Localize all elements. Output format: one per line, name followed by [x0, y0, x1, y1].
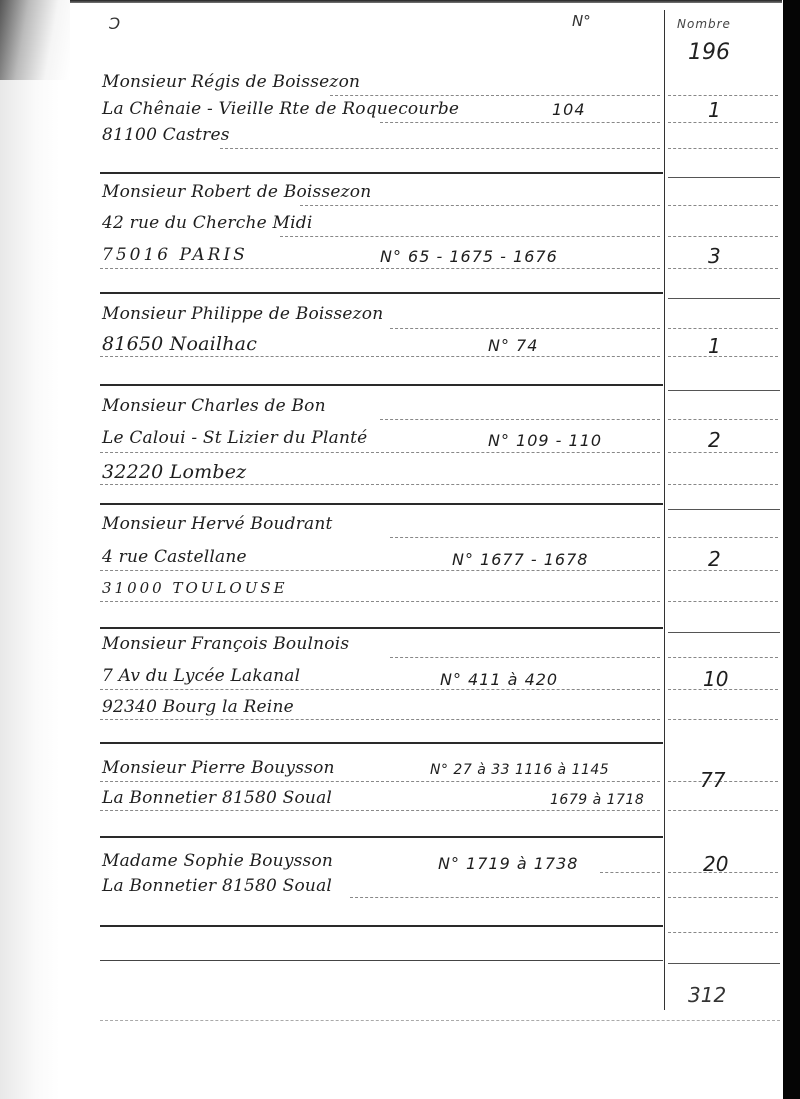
entry-city: 81650 Noailhac	[102, 333, 257, 355]
entry-name: Monsieur Charles de Bon	[102, 396, 326, 416]
entry-city: 32220 Lombez	[102, 461, 246, 483]
page-total-count: 312	[688, 983, 726, 1007]
entry-name: Monsieur Philippe de Boissezon	[102, 304, 383, 324]
entry-name: Monsieur Pierre Bouysson	[102, 758, 335, 778]
entry-separator-right	[668, 390, 780, 391]
entry-name: Monsieur Hervé Boudrant	[102, 514, 333, 534]
entry-separator	[100, 292, 663, 294]
entry-separator-right	[668, 298, 780, 299]
entry-separator	[100, 925, 663, 927]
entry-name: Monsieur François Boulnois	[102, 634, 349, 654]
entry-separator	[100, 742, 663, 744]
entry-name: Monsieur Robert de Boissezon	[102, 182, 371, 202]
entry-separator	[100, 960, 663, 961]
scan-border-right	[783, 0, 800, 1099]
entry-name: Madame Sophie Bouysson	[102, 851, 333, 871]
entry-count: 1	[708, 334, 721, 358]
scan-shadow-top	[70, 0, 782, 3]
entry-separator-right	[668, 177, 780, 178]
entry-numbers: N° 27 à 33 1116 à 1145	[430, 762, 609, 778]
entry-numbers-continued: 1679 à 1718	[550, 792, 644, 808]
entry-separator-right	[668, 632, 780, 633]
entry-numbers: N° 109 - 110	[488, 431, 602, 450]
entry-separator	[100, 172, 663, 174]
entry-numbers: N° 1677 - 1678	[452, 550, 588, 569]
entry-address: La Bonnetier 81580 Soual	[102, 876, 332, 896]
count-column-divider	[664, 10, 665, 1010]
entry-city: 75016 PARIS	[102, 245, 248, 265]
entry-address: 42 rue du Cherche Midi	[102, 213, 312, 233]
entry-address: La Chênaie - Vieille Rte de Roquecourbe	[102, 99, 459, 119]
carried-forward-count: 196	[688, 40, 730, 65]
entry-separator	[100, 503, 663, 505]
entry-separator-right	[668, 963, 780, 964]
entry-separator	[100, 384, 663, 386]
entry-numbers: N° 1719 à 1738	[438, 854, 578, 873]
entry-name: Monsieur Régis de Boissezon	[102, 72, 360, 92]
number-column-header: N°	[572, 12, 591, 30]
entry-count: 1	[708, 98, 721, 122]
entry-count: 2	[708, 428, 721, 452]
entry-count: 2	[708, 547, 721, 571]
entry-separator-right	[668, 509, 780, 510]
entry-count: 20	[703, 852, 728, 876]
entry-city: 92340 Bourg la Reine	[102, 697, 294, 717]
scan-shadow-corner	[0, 0, 70, 80]
entry-address: 4 rue Castellane	[102, 547, 247, 567]
scan-shadow-left	[0, 0, 60, 1099]
count-column-header: Nombre	[677, 17, 731, 31]
entry-numbers: 104	[552, 100, 586, 119]
page-bottom-line	[100, 1020, 780, 1021]
blank-line	[668, 932, 778, 933]
entry-address: La Bonnetier 81580 Soual	[102, 788, 332, 808]
entry-address: Le Caloui - St Lizier du Planté	[102, 428, 367, 448]
entry-address: 7 Av du Lycée Lakanal	[102, 666, 300, 686]
entry-separator	[100, 836, 663, 838]
entry-numbers: N° 65 - 1675 - 1676	[380, 247, 558, 266]
entry-city: 81100 Castres	[102, 125, 230, 145]
entry-count: 77	[700, 768, 725, 792]
entry-count: 10	[703, 667, 728, 691]
entry-city: 31000 TOULOUSE	[102, 579, 288, 597]
entry-count: 3	[708, 244, 721, 268]
entry-numbers: N° 411 à 420	[440, 670, 558, 689]
corner-mark: Ↄ	[108, 14, 119, 33]
entry-numbers: N° 74	[488, 336, 538, 355]
entry-separator	[100, 627, 663, 629]
